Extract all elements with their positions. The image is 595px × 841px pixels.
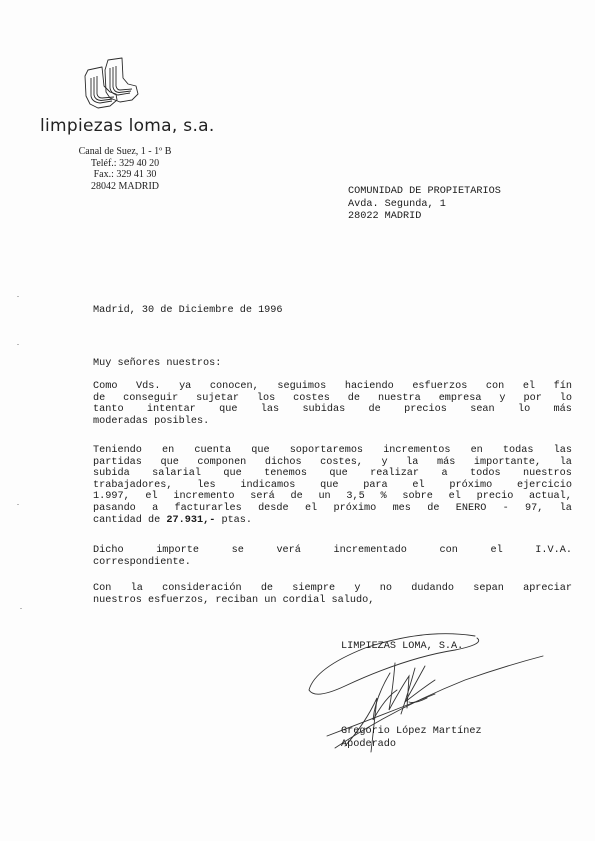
paragraph-line: correspondiente. [93, 557, 572, 569]
paragraph-line: DichoimporteseveráincrementadoconelI.V.A… [93, 545, 572, 557]
paragraph-line: partidasquecomponendichoscostes,ylamásim… [93, 457, 572, 469]
paragraph-line: Teniendoencuentaquesoportaremosincrement… [93, 445, 572, 457]
paragraph-line: moderadas posibles. [93, 416, 572, 428]
company-address: Canal de Suez, 1 - 1º B Teléf.: 329 40 2… [60, 146, 190, 192]
signer-name: Gregorio López Martínez [341, 726, 482, 737]
paragraph-line: ComoVds.yaconocen,seguimoshaciendoesfuer… [93, 381, 572, 393]
letter-date: Madrid, 30 de Diciembre de 1996 [93, 305, 283, 316]
body-paragraph-1: ComoVds.yaconocen,seguimoshaciendoesfuer… [93, 381, 572, 427]
scan-speck [20, 608, 22, 609]
address-city: 28042 MADRID [60, 181, 190, 193]
salutation: Muy señores nuestros: [93, 358, 221, 369]
address-phone: Teléf.: 329 40 20 [60, 158, 190, 170]
body-paragraph-4: Conlaconsideracióndesiempreynodudandosep… [93, 583, 572, 606]
ll-logo-icon [80, 56, 142, 110]
scan-speck [17, 296, 19, 297]
paragraph-line: pasandoafacturarlesdesdeelpróximomesdeEN… [93, 503, 572, 515]
recipient-city: 28022 MADRID [348, 211, 501, 224]
paragraph-line: cantidad de 27.931,- ptas. [93, 515, 572, 527]
paragraph-line: deconseguirsujetarloscostesdenuestraempr… [93, 393, 572, 405]
company-name: limpiezas loma, s.a. [40, 116, 215, 136]
body-paragraph-3: DichoimporteseveráincrementadoconelI.V.A… [93, 545, 572, 568]
amount-value: 27.931,- [166, 515, 215, 526]
recipient-name: COMUNIDAD DE PROPIETARIOS [348, 186, 501, 199]
address-fax: Fax.: 329 41 30 [60, 169, 190, 181]
body-paragraph-2: Teniendoencuentaquesoportaremosincrement… [93, 445, 572, 526]
paragraph-line: trabajadores,lesindicamosqueparaelpróxim… [93, 480, 572, 492]
scan-speck [17, 504, 19, 505]
recipient-street: Avda. Segunda, 1 [348, 199, 501, 212]
letter-page: limpiezas loma, s.a. Canal de Suez, 1 - … [0, 0, 595, 841]
address-street: Canal de Suez, 1 - 1º B [60, 146, 190, 158]
recipient-address: COMUNIDAD DE PROPIETARIOS Avda. Segunda,… [348, 186, 501, 224]
paragraph-line: Conlaconsideracióndesiempreynodudandosep… [93, 583, 572, 595]
signer-title: Apoderado [341, 739, 396, 750]
paragraph-line: 1.997,elincrementoserádeun3,5%sobreelpre… [93, 491, 572, 503]
paragraph-line: nuestros esfuerzos, reciban un cordial s… [93, 595, 572, 607]
scan-speck [17, 344, 19, 345]
paragraph-line: tantointentarquelassubidasdepreciosseanl… [93, 404, 572, 416]
paragraph-line: subidasalarialquetenemosquerealizaratodo… [93, 468, 572, 480]
